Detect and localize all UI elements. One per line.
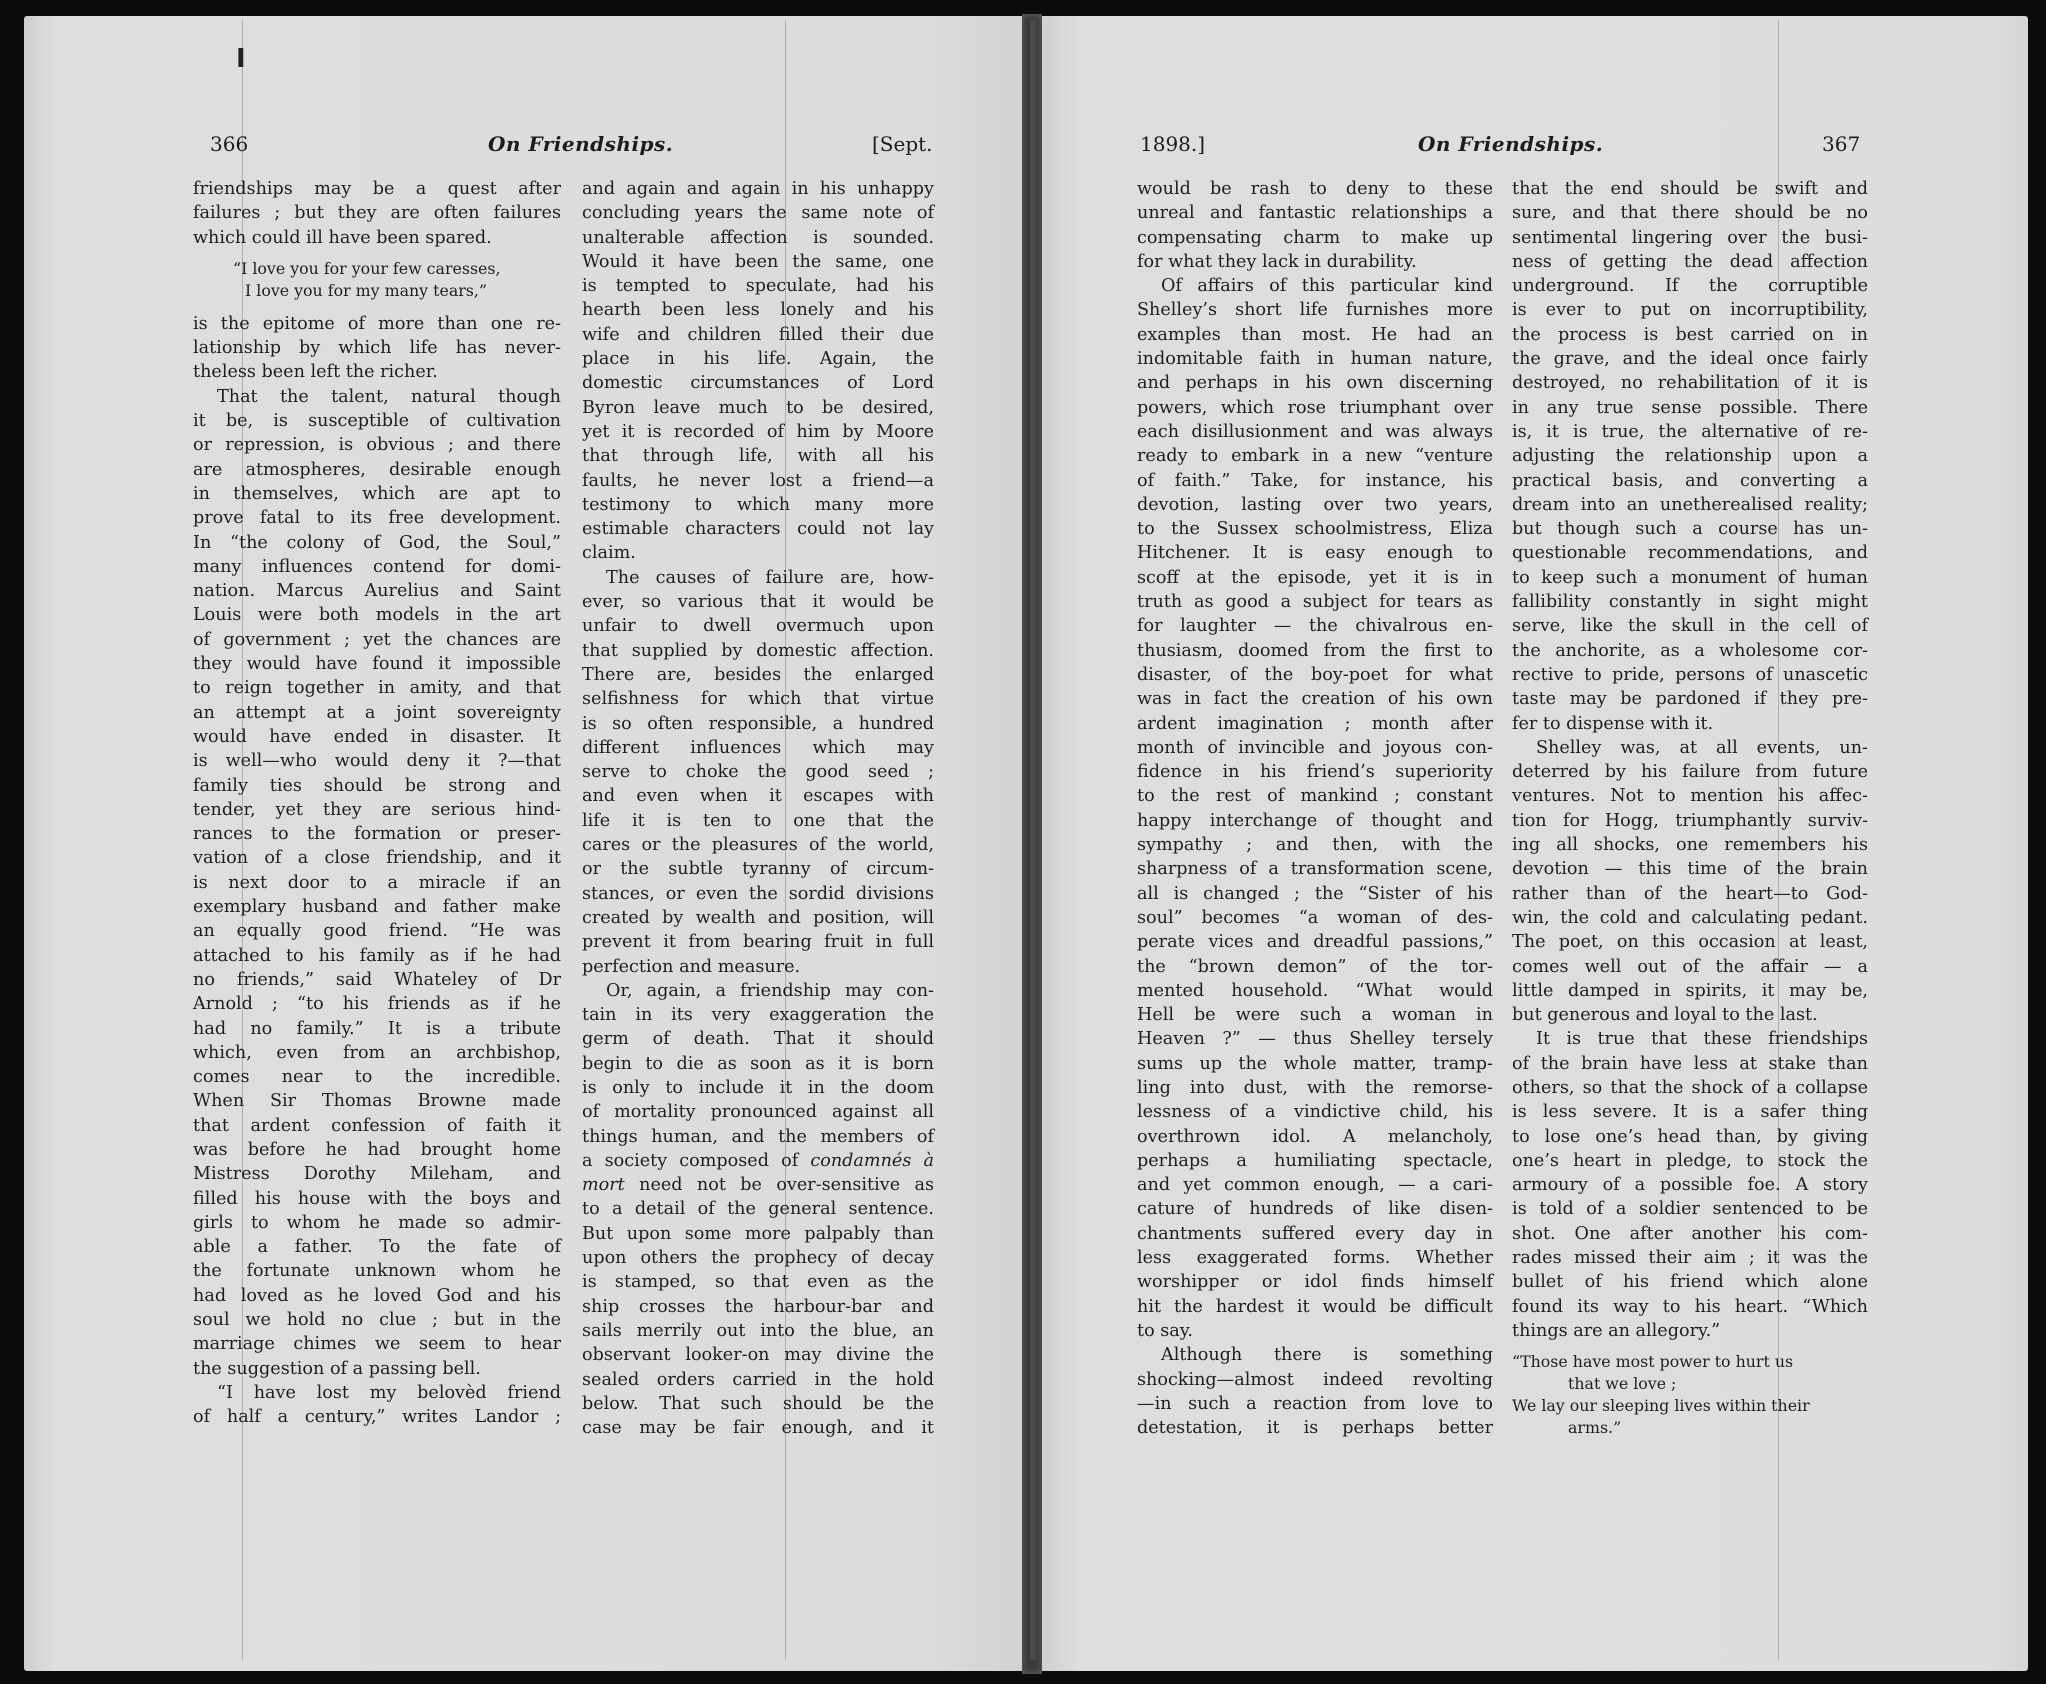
text-line: or repression, is obvious ; and there [193,433,561,457]
verse-quotation: “I love you for your few caresses,I love… [193,258,561,302]
text-line: ventures. Not to mention his affec- [1512,784,1868,808]
text-line: hearth been less lonely and his [582,298,934,322]
text-line: mented household. “What would [1137,979,1493,1003]
text-line: life it is ten to one that the [582,809,934,833]
text-column-left-2: and again and again in his unhappyconclu… [582,177,934,1440]
text-line: and yet common enough, — a cari- [1137,1173,1493,1197]
text-line: which could ill have been spared. [193,226,561,250]
text-line: cature of hundreds of like disen- [1137,1197,1493,1221]
text-line: concluding years the same note of [582,201,934,225]
text-line: scoff at the episode, yet it is in [1137,566,1493,590]
text-line: wife and children filled their due [582,323,934,347]
text-line: the anchorite, as a wholesome cor- [1512,639,1868,663]
text-line: hit the hardest it would be difficult [1137,1295,1493,1319]
text-line: mort need not be over-sensitive as [582,1173,934,1197]
text-line: ling into dust, with the remorse- [1137,1076,1493,1100]
text-line: rather than of the heart—to God- [1512,882,1868,906]
text-line: questionable recommendations, and [1512,541,1868,565]
text-line: worshipper or idol finds himself [1137,1270,1493,1294]
text-line: armoury of a possible foe. A story [1512,1173,1868,1197]
text-line: dream into an unetherealised reality; [1512,493,1868,517]
text-line: of half a century,” writes Landor ; [193,1405,561,1429]
text-line: the fortunate unknown whom he [193,1259,561,1283]
margin-mark: I [236,44,246,74]
text-line: prove fatal to its free development. [193,506,561,530]
text-line: ardent imagination ; month after [1137,712,1493,736]
text-line: Mistress Dorothy Mileham, and [193,1162,561,1186]
text-line: unfair to dwell overmuch upon [582,614,934,638]
text-line: to the rest of mankind ; constant [1137,784,1493,808]
text-line: is the epitome of more than one re- [193,312,561,336]
text-line: had loved as he loved God and his [193,1284,561,1308]
text-line: ness of getting the dead affection [1512,250,1868,274]
text-line: sealed orders carried in the hold [582,1368,934,1392]
text-line: bullet of his friend which alone [1512,1270,1868,1294]
text-line: to keep such a monument of human [1512,566,1868,590]
running-date-left: [Sept. [872,132,933,156]
text-line: tender, yet they are serious hind- [193,798,561,822]
text-line: family ties should be strong and [193,774,561,798]
text-line: devotion — this time of the brain [1512,857,1868,881]
text-line: serve to choke the good seed ; [582,760,934,784]
text-column-right-2: that the end should be swift andsure, an… [1512,177,1868,1449]
text-line: that through life, with all his [582,444,934,468]
gutter-spine-shadow [1030,20,1036,1660]
text-line: is told of a soldier sentenced to be [1512,1197,1868,1221]
text-line: ing all shocks, one remembers his [1512,833,1868,857]
text-line: is so often responsible, a hundred [582,712,934,736]
text-line: indomitable faith in human nature, [1137,347,1493,371]
text-line: examples than most. He had an [1137,323,1493,347]
text-line: found its way to his heart. “Which [1512,1295,1868,1319]
text-line: sails merrily out into the blue, an [582,1319,934,1343]
text-line: perate vices and dreadful passions,” [1137,930,1493,954]
text-line: vation of a close friendship, and it [193,846,561,870]
text-line: Of affairs of this particular kind [1137,274,1493,298]
text-line: they would have found it impossible [193,652,561,676]
text-line: that supplied by domestic affection. [582,639,934,663]
text-line: but generous and loyal to the last. [1512,1003,1868,1027]
text-line: rances to the formation or preser- [193,822,561,846]
text-line: sharpness of a transformation scene, [1137,857,1493,881]
running-title-right: On Friendships. [1418,132,1603,156]
text-line: is, it is true, the alternative of re- [1512,420,1868,444]
text-line: the grave, and the ideal once fairly [1512,347,1868,371]
text-line: taste may be pardoned if they pre- [1512,687,1868,711]
text-line: for what they lack in durability. [1137,250,1493,274]
text-line: perfection and measure. [582,955,934,979]
text-line: sums up the whole matter, tramp- [1137,1052,1493,1076]
text-line: would be rash to deny to these [1137,177,1493,201]
text-line: of mortality pronounced against all [582,1100,934,1124]
text-line: things human, and the members of [582,1125,934,1149]
text-line: in themselves, which are apt to [193,482,561,506]
text-line: the “brown demon” of the tor- [1137,955,1493,979]
text-line: powers, which rose triumphant over [1137,396,1493,420]
text-line: it be, is susceptible of cultivation [193,409,561,433]
text-line: Louis were both models in the art [193,603,561,627]
text-line: lationship by which life has never- [193,336,561,360]
text-line: is ever to put on incorruptibility, [1512,298,1868,322]
text-line: begin to die as soon as it is born [582,1052,934,1076]
text-line: cares or the pleasures of the world, [582,833,934,857]
text-line: The poet, on this occasion at least, [1512,930,1868,954]
text-column-right-1: would be rash to deny to theseunreal and… [1137,177,1493,1440]
text-line: When Sir Thomas Browne made [193,1089,561,1113]
text-line: yet it is recorded of him by Moore [582,420,934,444]
text-line: observant looker-on may divine the [582,1343,934,1367]
text-line: perhaps a humiliating spectacle, [1137,1149,1493,1173]
text-line: filled his house with the boys and [193,1187,561,1211]
text-line: failures ; but they are often failures [193,201,561,225]
verse-line: I love you for my many tears,” [193,280,561,302]
text-line: which, even from an archbishop, [193,1041,561,1065]
text-line: tion for Hogg, triumphantly surviv- [1512,809,1868,833]
text-line: a society composed of condamnés à [582,1149,934,1173]
text-line: truth as good a subject for tears as [1137,590,1493,614]
text-line: fallibility constantly in sight might [1512,590,1868,614]
text-line: prevent it from bearing fruit in full [582,930,934,954]
text-line: estimable characters could not lay [582,517,934,541]
text-line: Although there is something [1137,1343,1493,1367]
text-line: in any true sense possible. There [1512,396,1868,420]
text-line: nation. Marcus Aurelius and Saint [193,579,561,603]
text-column-left-1: friendships may be a quest afterfailures… [193,177,561,1430]
text-line: Shelley was, at all events, un- [1512,736,1868,760]
text-line: friendships may be a quest after [193,177,561,201]
text-line: an attempt at a joint sovereignty [193,701,561,725]
text-line: an equally good friend. “He was [193,919,561,943]
text-line: upon others the prophecy of decay [582,1246,934,1270]
text-line: ever, so various that it would be [582,590,934,614]
text-line: things are an allegory.” [1512,1319,1868,1343]
text-line: germ of death. That it should [582,1027,934,1051]
text-line: exemplary husband and father make [193,895,561,919]
text-line: created by wealth and position, will [582,906,934,930]
text-line: no friends,” said Whateley of Dr [193,968,561,992]
text-line: unreal and fantastic relationships a [1137,201,1493,225]
text-line: It is true that these friendships [1512,1027,1868,1051]
text-line: comes well out of the affair — a [1512,955,1868,979]
text-line: serve, like the skull in the cell of [1512,614,1868,638]
text-line: is only to include it in the doom [582,1076,934,1100]
text-line: below. That such should be the [582,1392,934,1416]
text-line: detestation, it is perhaps better [1137,1416,1493,1440]
text-line: stances, or even the sordid divisions [582,882,934,906]
text-line: the suggestion of a passing bell. [193,1357,561,1381]
text-line: “I have lost my belovèd friend [193,1381,561,1405]
text-line: underground. If the corruptible [1512,274,1868,298]
text-line: The causes of failure are, how- [582,566,934,590]
text-line: Byron leave much to be desired, [582,396,934,420]
text-line: but though such a course has un- [1512,517,1868,541]
text-line: for laughter — the chivalrous en- [1137,614,1493,638]
text-line: was before he had brought home [193,1138,561,1162]
text-line: ready to embark in a new “venture [1137,444,1493,468]
text-line: fidence in his friend’s superiority [1137,760,1493,784]
page-number-left: 366 [210,132,248,156]
text-line: girls to whom he made so admir- [193,1211,561,1235]
text-line: shot. One after another his com- [1512,1222,1868,1246]
text-line: shocking—almost indeed revolting [1137,1368,1493,1392]
text-line: win, the cold and calculating pedant. [1512,906,1868,930]
verse-line: arms.” [1512,1417,1868,1439]
verse-line: that we love ; [1512,1373,1868,1395]
text-line: Hitchener. It is easy enough to [1137,541,1493,565]
text-line: In “the colony of God, the Soul,” [193,531,561,555]
text-line: soul” becomes “a woman of des- [1137,906,1493,930]
text-line: others, so that the shock of a collapse [1512,1076,1868,1100]
text-line: sympathy ; and then, with the [1137,833,1493,857]
text-line: case may be fair enough, and it [582,1416,934,1440]
text-line: and again and again in his unhappy [582,177,934,201]
text-line: to the Sussex schoolmistress, Eliza [1137,517,1493,541]
text-line: domestic circumstances of Lord [582,371,934,395]
text-line: are atmospheres, desirable enough [193,458,561,482]
verse-quotation: “Those have most power to hurt usthat we… [1512,1351,1868,1439]
text-line: sentimental lingering over the busi- [1512,226,1868,250]
text-line: to say. [1137,1319,1493,1343]
text-line: many influences contend for domi- [193,555,561,579]
text-line: faults, he never lost a friend—a [582,469,934,493]
text-line: Or, again, a friendship may con- [582,979,934,1003]
text-line: and even when it escapes with [582,784,934,808]
text-line: fer to dispense with it. [1512,712,1868,736]
text-line: rades missed their aim ; it was the [1512,1246,1868,1270]
text-line: and perhaps in his own discerning [1137,371,1493,395]
text-line: is well—who would deny it ?—that [193,749,561,773]
text-line: selfishness for which that virtue [582,687,934,711]
text-line: marriage chimes we seem to hear [193,1332,561,1356]
text-line: That the talent, natural though [193,385,561,409]
text-line: one’s heart in pledge, to stock the [1512,1149,1868,1173]
text-line: claim. [582,541,934,565]
text-line: was in fact the creation of his own [1137,687,1493,711]
page-number-right: 367 [1822,132,1860,156]
text-line: Shelley’s short life furnishes more [1137,298,1493,322]
text-line: thusiasm, doomed from the first to [1137,639,1493,663]
text-line: is next door to a miracle if an [193,871,561,895]
running-title-left: On Friendships. [488,132,673,156]
running-date-right: 1898.] [1140,132,1205,156]
text-line: overthrown idol. A melancholy, [1137,1125,1493,1149]
text-line: is stamped, so that even as the [582,1270,934,1294]
text-line: place in his life. Again, the [582,347,934,371]
text-line: happy interchange of thought and [1137,809,1493,833]
text-line: that the end should be swift and [1512,177,1868,201]
text-line: different influences which may [582,736,934,760]
verse-line: “Those have most power to hurt us [1512,1351,1868,1373]
text-line: theless been left the richer. [193,360,561,384]
text-line: But upon some more palpably than [582,1222,934,1246]
text-line: lessness of a vindictive child, his [1137,1100,1493,1124]
text-line: chantments suffered every day in [1137,1222,1493,1246]
text-line: all is changed ; the “Sister of his [1137,882,1493,906]
text-line: to a detail of the general sentence. [582,1197,934,1221]
text-line: adjusting the relationship upon a [1512,444,1868,468]
text-line: the process is best carried on in [1512,323,1868,347]
text-line: unalterable affection is sounded. [582,226,934,250]
text-line: testimony to which many more [582,493,934,517]
text-line: would have ended in disaster. It [193,725,561,749]
text-line: is tempted to speculate, had his [582,274,934,298]
text-line: Would it have been the same, one [582,250,934,274]
text-line: less exaggerated forms. Whether [1137,1246,1493,1270]
text-line: is less severe. It is a safer thing [1512,1100,1868,1124]
text-line: rective to pride, persons of unascetic [1512,663,1868,687]
text-line: practical basis, and converting a [1512,469,1868,493]
text-line: —in such a reaction from love to [1137,1392,1493,1416]
text-line: comes near to the incredible. [193,1065,561,1089]
text-line: each disillusionment and was always [1137,420,1493,444]
text-line: destroyed, no rehabilitation of it is [1512,371,1868,395]
text-line: of the brain have less at stake than [1512,1052,1868,1076]
verse-line: “I love you for your few caresses, [193,258,561,280]
text-line: to lose one’s head than, by giving [1512,1125,1868,1149]
text-line: to reign together in amity, and that [193,676,561,700]
text-line: of faith.” Take, for instance, his [1137,469,1493,493]
text-line: soul we hold no clue ; but in the [193,1308,561,1332]
text-line: had no family.” It is a tribute [193,1017,561,1041]
text-line: Arnold ; “to his friends as if he [193,992,561,1016]
text-line: deterred by his failure from future [1512,760,1868,784]
text-line: able a father. To the fate of [193,1235,561,1259]
text-line: Heaven ?” — thus Shelley tersely [1137,1027,1493,1051]
text-line: little damped in spirits, it may be, [1512,979,1868,1003]
text-line: compensating charm to make up [1137,226,1493,250]
verse-line: We lay our sleeping lives within their [1512,1395,1868,1417]
text-line: disaster, of the boy-poet for what [1137,663,1493,687]
text-line: attached to his family as if he had [193,944,561,968]
text-line: sure, and that there should be no [1512,201,1868,225]
text-line: devotion, lasting over two years, [1137,493,1493,517]
text-line: of government ; yet the chances are [193,628,561,652]
text-line: or the subtle tyranny of circum- [582,857,934,881]
text-line: There are, besides the enlarged [582,663,934,687]
text-line: that ardent confession of faith it [193,1114,561,1138]
text-line: tain in its very exaggeration the [582,1003,934,1027]
text-line: Hell be were such a woman in [1137,1003,1493,1027]
text-line: ship crosses the harbour-bar and [582,1295,934,1319]
text-line: month of invincible and joyous con- [1137,736,1493,760]
